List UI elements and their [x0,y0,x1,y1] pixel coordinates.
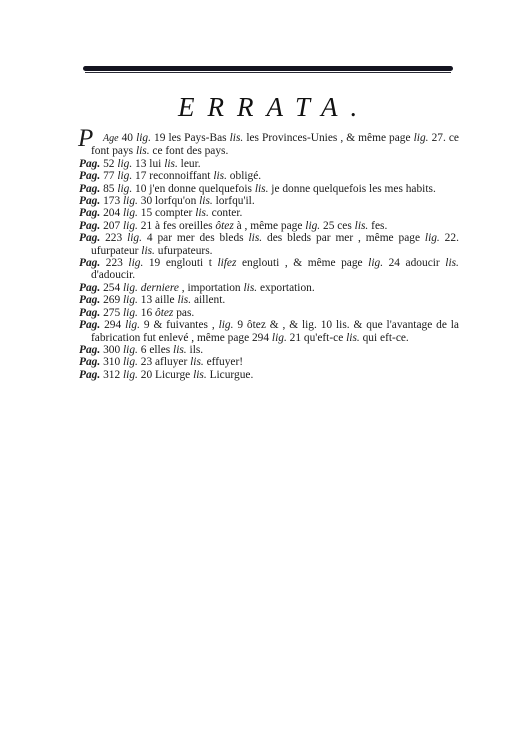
errata-entry: Pag. 294 lig. 9 & fuivantes , lig. 9 ôte… [79,319,459,344]
errata-entry: Pag. 204 lig. 15 compter lis. conter. [79,207,459,219]
errata-entry: Pag. 207 lig. 21 à fes oreilles ôtez à ,… [79,220,459,232]
page-title: ERRATA. [0,92,512,123]
errata-entry: Pag. 85 lig. 10 j'en donne quelquefois l… [79,183,459,195]
errata-entry: Pag. 269 lig. 13 aille lis. aillent. [79,294,459,306]
errata-entry: Pag. 310 lig. 23 afluyer lis. effuyer! [79,356,459,368]
errata-entry: Pag. 173 lig. 30 lorfqu'on lis. lorfqu'i… [79,195,459,207]
errata-entry: Pag. 77 lig. 17 reconnoiffant lis. oblig… [79,170,459,182]
errata-entry: Pag. 275 lig. 16 ôtez pas. [79,307,459,319]
errata-list: P Age 40 lig. 19 les Pays-Bas lis. les P… [79,132,459,381]
errata-entry: Pag. 223 lig. 19 englouti t lifez englou… [79,257,459,282]
dropcap: P [78,126,93,151]
errata-entry: Pag. 300 lig. 6 elles lis. ils. [79,344,459,356]
top-rule-thin [85,72,451,73]
errata-entry: Pag. 254 lig. derniere , importation lis… [79,282,459,294]
top-rule [83,66,453,71]
errata-entry: Pag. 223 lig. 4 par mer des bleds lis. d… [79,232,459,257]
errata-entry: Pag. 52 lig. 13 lui lis. leur. [79,158,459,170]
errata-entry: P Age 40 lig. 19 les Pays-Bas lis. les P… [79,132,459,158]
errata-entry: Pag. 312 lig. 20 Licurge lis. Licurgue. [79,369,459,381]
